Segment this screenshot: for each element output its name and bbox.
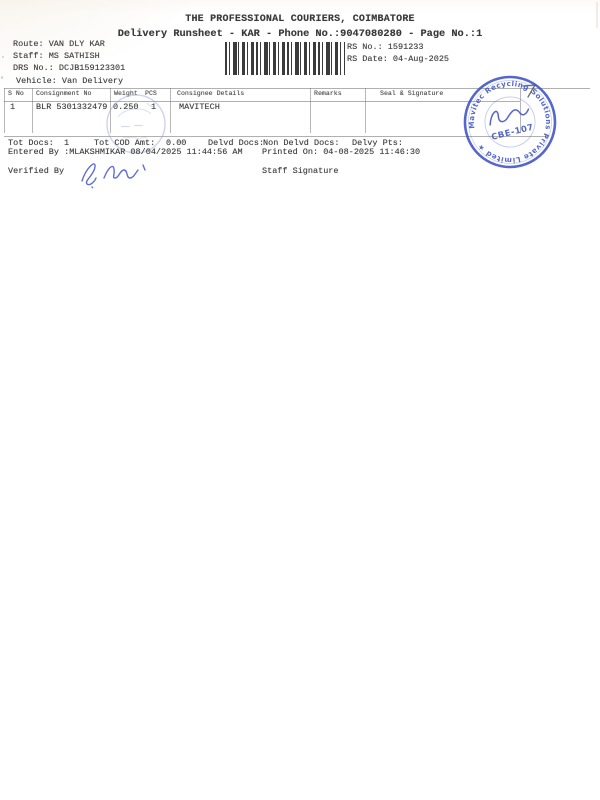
svg-text:Mavitec Recycling Solutions Pr: Mavitec Recycling Solutions Private Limi… bbox=[458, 70, 562, 174]
col-header-remarks: Remarks bbox=[314, 90, 342, 97]
handwritten-signature bbox=[62, 148, 182, 193]
stamp-signature bbox=[487, 104, 530, 125]
table-border-line bbox=[4, 88, 5, 133]
vehicle-line: Vehicle: Van Delivery bbox=[16, 76, 123, 86]
cell-consignee: MAVITECH bbox=[179, 102, 220, 112]
route-line: Route: VAN DLY KAR bbox=[13, 39, 105, 49]
table-border-line bbox=[170, 88, 171, 133]
col-header-consignment-no: Consignment No bbox=[36, 90, 91, 97]
cell-s-no: 1 bbox=[10, 102, 15, 112]
rs-date-line: RS Date: 04-Aug-2025 bbox=[347, 54, 449, 64]
staff-signature-label: Staff Signature bbox=[262, 166, 339, 176]
scan-speck bbox=[2, 56, 4, 58]
drs-no-line: DRS No.: DCJB159123301 bbox=[13, 63, 125, 73]
printed-on-line: Printed On: 04-08-2025 11:46:30 bbox=[262, 147, 420, 157]
scan-edge-artifact bbox=[596, 2, 598, 28]
col-header-s-no: S No bbox=[8, 90, 24, 97]
cell-consignment-no: BLR 5301332479 bbox=[36, 102, 107, 112]
table-border-line bbox=[365, 88, 366, 133]
table-border-line bbox=[32, 88, 33, 133]
col-header-seal: Seal & Signature bbox=[380, 90, 443, 97]
scan-speck bbox=[1, 76, 3, 79]
stamp-ring-text: Mavitec Recycling Solutions Private Limi… bbox=[458, 70, 562, 174]
verified-by-label: Verified By bbox=[8, 166, 64, 176]
barcode bbox=[225, 42, 345, 75]
scanned-runsheet-page: THE PROFESSIONAL COURIERS, COIMBATORE De… bbox=[0, 0, 600, 800]
rs-no-line: RS No.: 1591233 bbox=[347, 42, 424, 52]
staff-line: Staff: MS SATHISH bbox=[13, 51, 100, 61]
page-title: THE PROFESSIONAL COURIERS, COIMBATORE bbox=[0, 14, 600, 25]
col-header-consignee: Consignee Details bbox=[177, 90, 244, 97]
company-seal-stamp: Mavitec Recycling Solutions Private Limi… bbox=[462, 74, 558, 170]
table-border-line bbox=[310, 88, 311, 133]
